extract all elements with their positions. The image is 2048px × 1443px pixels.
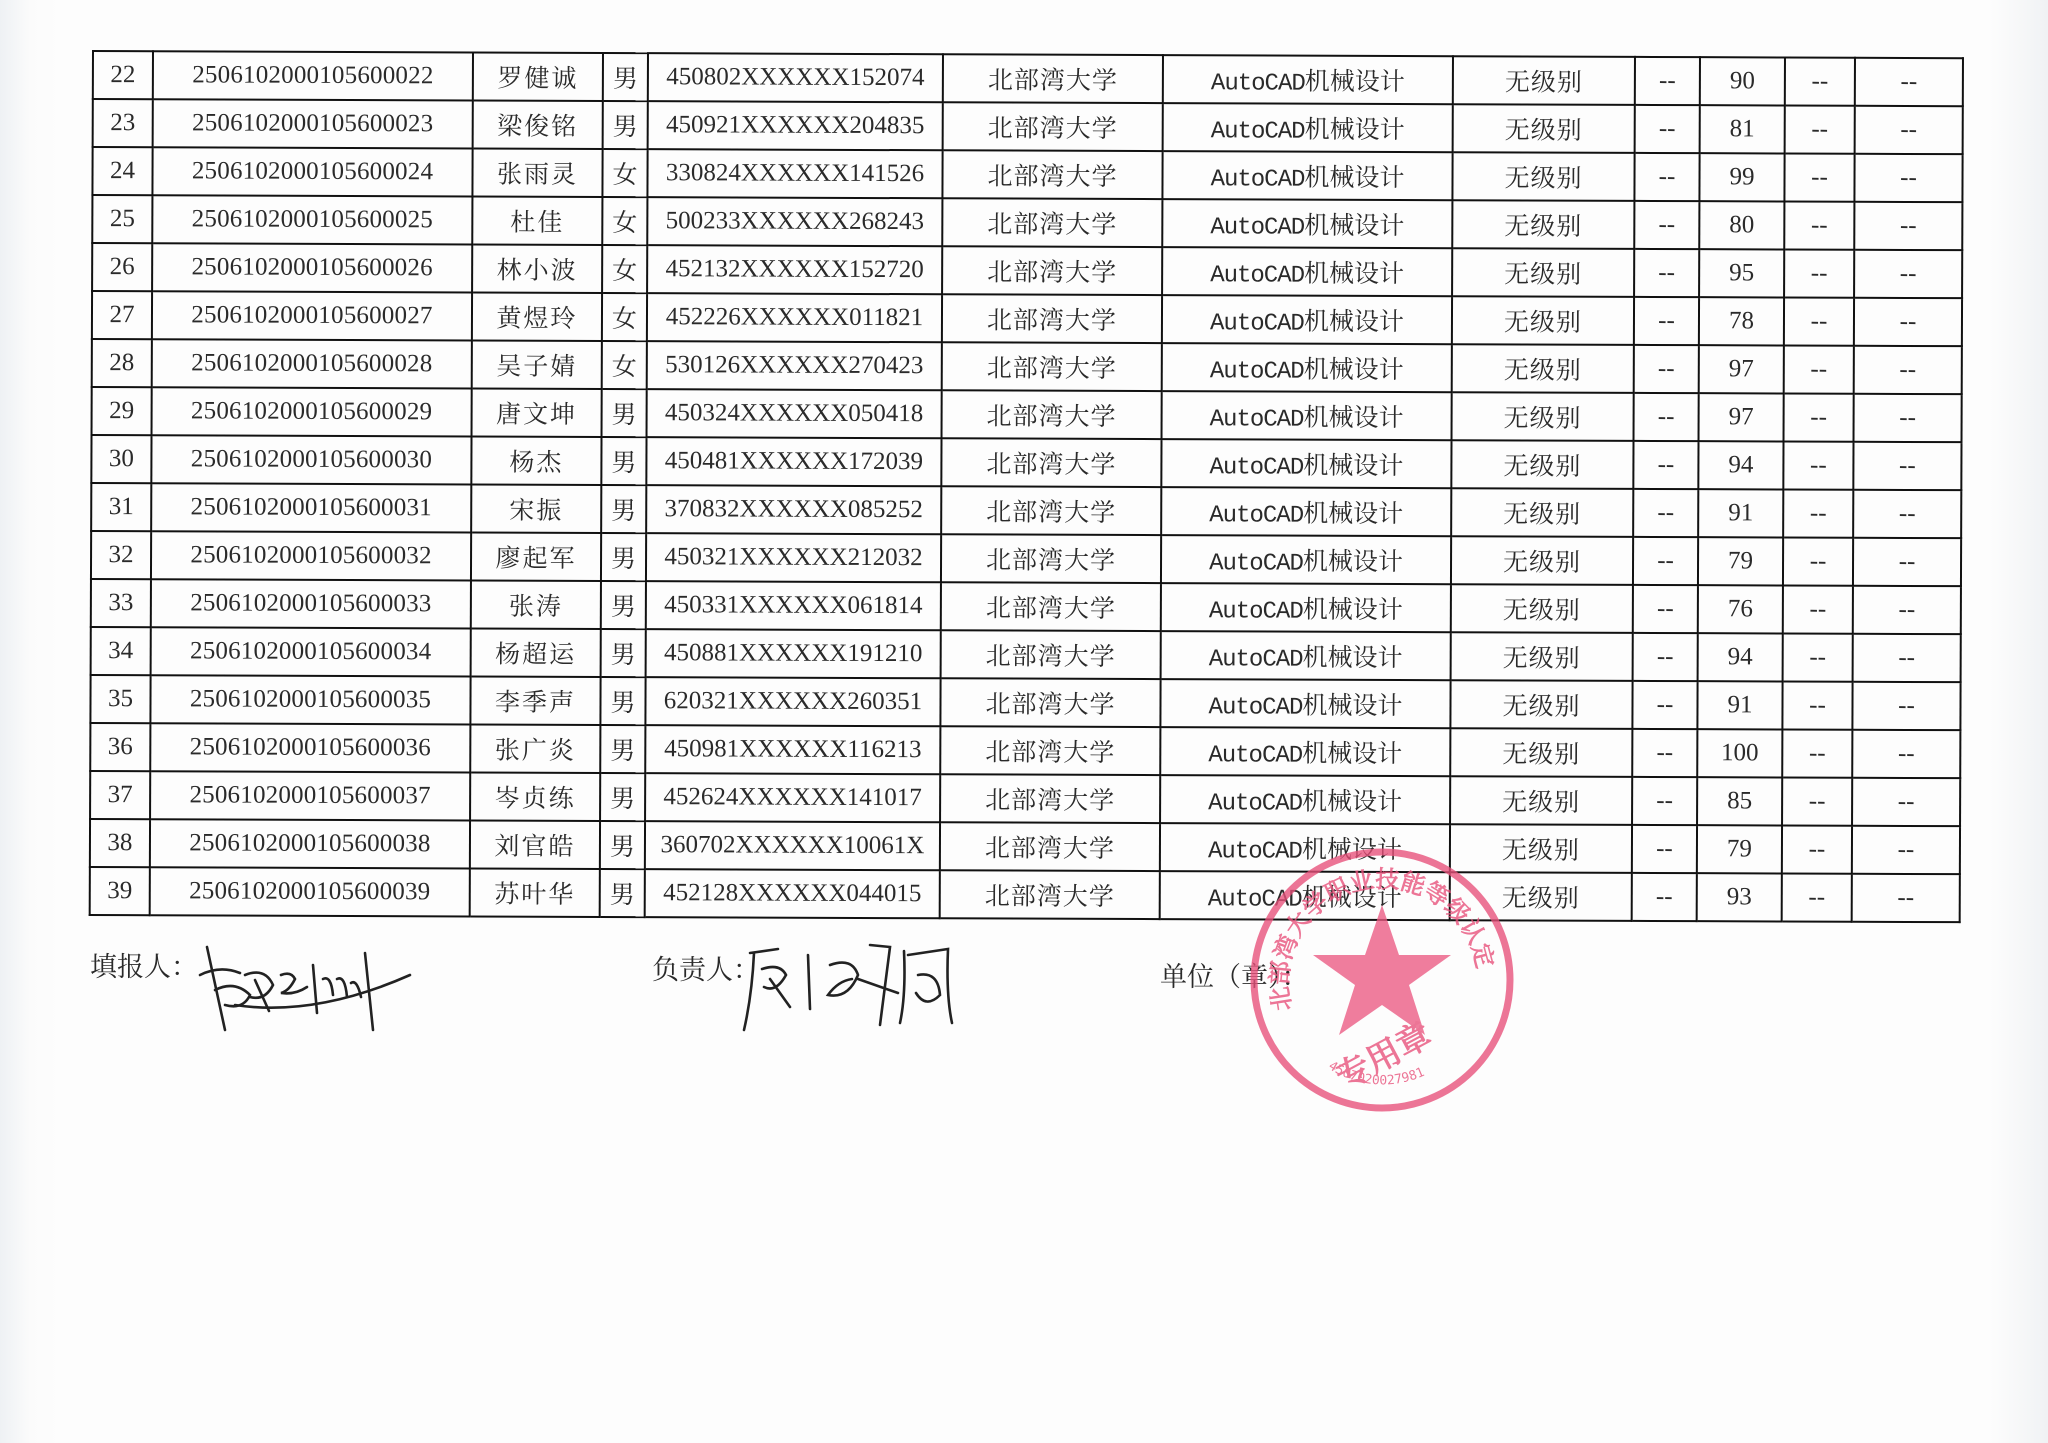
remark-cell: -- — [1852, 874, 1960, 922]
candidate-name-cell: 刘官皓 — [470, 820, 600, 868]
row-number-cell: 31 — [91, 483, 151, 531]
level-cell: 无级别 — [1451, 488, 1633, 537]
certificate-number-cell: 2506102000105600039 — [150, 867, 470, 916]
candidate-name-cell: 宋振 — [471, 484, 601, 532]
skill-score-cell: 91 — [1698, 489, 1783, 537]
official-seal-stamp: 北部湾大学职业技能等级认定 专用章 4507020027981 — [1245, 843, 1520, 1118]
course-cell: AutoCAD机械设计 — [1161, 631, 1451, 680]
certificate-number-cell: 2506102000105600038 — [150, 819, 470, 868]
skill-score-cell: 93 — [1697, 873, 1782, 921]
institution-cell: 北部湾大学 — [941, 582, 1161, 631]
theory-score-cell: -- — [1634, 201, 1699, 249]
course-latin: AutoCAD — [1211, 70, 1305, 97]
remark-cell: -- — [1853, 442, 1961, 490]
gender-cell: 男 — [601, 485, 646, 533]
table-row: 312506102000105600031宋振男370832XXXXXX0852… — [91, 483, 1961, 538]
course-chinese: 机械设计 — [1304, 355, 1404, 384]
institution-cell: 北部湾大学 — [941, 438, 1161, 487]
course-latin: AutoCAD — [1211, 118, 1305, 145]
course-latin: AutoCAD — [1211, 166, 1305, 193]
id-number-cell: 450321XXXXXX212032 — [646, 533, 941, 582]
score-table-body: 222506102000105600022罗健诚男450802XXXXXX152… — [90, 51, 1963, 922]
score-table: 222506102000105600022罗健诚男450802XXXXXX152… — [89, 50, 1964, 923]
skill-score-cell: 85 — [1697, 777, 1782, 825]
theory-score-cell: -- — [1633, 537, 1698, 585]
combined-score-cell: -- — [1783, 537, 1853, 585]
combined-score-cell: -- — [1784, 249, 1854, 297]
level-cell: 无级别 — [1450, 776, 1632, 825]
remark-cell: -- — [1854, 298, 1962, 346]
gender-cell: 女 — [602, 149, 647, 197]
combined-score-cell: -- — [1782, 777, 1852, 825]
course-chinese: 机械设计 — [1305, 115, 1405, 144]
course-chinese: 机械设计 — [1305, 67, 1405, 96]
institution-cell: 北部湾大学 — [943, 54, 1163, 103]
institution-cell: 北部湾大学 — [940, 870, 1160, 919]
course-cell: AutoCAD机械设计 — [1163, 103, 1453, 152]
skill-score-cell: 76 — [1698, 585, 1783, 633]
candidate-name-cell: 岑贞练 — [470, 772, 600, 820]
gender-cell: 男 — [603, 53, 648, 101]
row-number-cell: 22 — [93, 51, 153, 99]
remark-cell: -- — [1854, 154, 1962, 202]
course-latin: AutoCAD — [1209, 454, 1303, 481]
candidate-name-cell: 张涛 — [471, 580, 601, 628]
skill-score-cell: 90 — [1700, 57, 1785, 105]
row-number-cell: 38 — [90, 819, 150, 867]
filler-label: 填报人： — [90, 945, 198, 984]
combined-score-cell: -- — [1784, 201, 1854, 249]
course-chinese: 机械设计 — [1303, 595, 1403, 624]
institution-cell: 北部湾大学 — [940, 726, 1160, 775]
institution-cell: 北部湾大学 — [942, 198, 1162, 247]
certificate-number-cell: 2506102000105600030 — [151, 435, 471, 484]
row-number-cell: 30 — [91, 435, 151, 483]
skill-score-cell: 95 — [1699, 249, 1784, 297]
remark-cell: -- — [1853, 490, 1961, 538]
combined-score-cell: -- — [1783, 441, 1853, 489]
theory-score-cell: -- — [1635, 57, 1700, 105]
gender-cell: 女 — [602, 341, 647, 389]
candidate-name-cell: 杨超运 — [471, 628, 601, 676]
id-number-cell: 530126XXXXXX270423 — [647, 341, 942, 390]
course-cell: AutoCAD机械设计 — [1162, 151, 1452, 200]
course-chinese: 机械设计 — [1302, 739, 1402, 768]
course-chinese: 机械设计 — [1304, 211, 1404, 240]
id-number-cell: 450921XXXXXX204835 — [648, 101, 943, 150]
remark-cell: -- — [1853, 634, 1961, 682]
row-number-cell: 24 — [92, 147, 152, 195]
level-cell: 无级别 — [1451, 584, 1633, 633]
combined-score-cell: -- — [1784, 345, 1854, 393]
id-number-cell: 452132XXXXXX152720 — [647, 245, 942, 294]
remark-cell: -- — [1853, 538, 1961, 586]
theory-score-cell: -- — [1633, 441, 1698, 489]
skill-score-cell: 97 — [1699, 345, 1784, 393]
level-cell: 无级别 — [1452, 200, 1634, 249]
course-latin: AutoCAD — [1209, 646, 1303, 673]
course-latin: AutoCAD — [1208, 790, 1302, 817]
course-cell: AutoCAD机械设计 — [1162, 343, 1452, 392]
certificate-number-cell: 2506102000105600023 — [153, 99, 473, 148]
institution-cell: 北部湾大学 — [941, 486, 1161, 535]
course-latin: AutoCAD — [1208, 742, 1302, 769]
skill-score-cell: 81 — [1700, 105, 1785, 153]
table-row: 232506102000105600023梁俊铭男450921XXXXXX204… — [93, 99, 1963, 154]
level-cell: 无级别 — [1452, 152, 1634, 201]
row-number-cell: 23 — [93, 99, 153, 147]
course-cell: AutoCAD机械设计 — [1162, 199, 1452, 248]
gender-cell: 女 — [602, 197, 647, 245]
theory-score-cell: -- — [1632, 777, 1697, 825]
row-number-cell: 39 — [90, 867, 150, 915]
certificate-number-cell: 2506102000105600033 — [151, 579, 471, 628]
certificate-number-cell: 2506102000105600032 — [151, 531, 471, 580]
institution-cell: 北部湾大学 — [942, 150, 1162, 199]
table-row: 362506102000105600036张广炎男450981XXXXXX116… — [90, 723, 1960, 778]
row-number-cell: 28 — [92, 339, 152, 387]
id-number-cell: 450802XXXXXX152074 — [648, 53, 943, 102]
theory-score-cell: -- — [1634, 297, 1699, 345]
skill-score-cell: 100 — [1697, 729, 1782, 777]
table-row: 272506102000105600027黄煜玲女452226XXXXXX011… — [92, 291, 1962, 346]
skill-score-cell: 79 — [1697, 825, 1782, 873]
course-chinese: 机械设计 — [1303, 643, 1403, 672]
certificate-number-cell: 2506102000105600025 — [152, 195, 472, 244]
candidate-name-cell: 苏叶华 — [470, 868, 600, 916]
course-cell: AutoCAD机械设计 — [1163, 55, 1453, 104]
combined-score-cell: -- — [1785, 58, 1855, 106]
row-number-cell: 37 — [90, 771, 150, 819]
course-chinese: 机械设计 — [1303, 403, 1403, 432]
id-number-cell: 450481XXXXXX172039 — [646, 437, 941, 486]
table-row: 342506102000105600034杨超运男450881XXXXXX191… — [91, 627, 1961, 682]
course-latin: AutoCAD — [1210, 214, 1304, 241]
combined-score-cell: -- — [1782, 825, 1852, 873]
course-chinese: 机械设计 — [1302, 691, 1402, 720]
course-cell: AutoCAD机械设计 — [1160, 727, 1450, 776]
skill-score-cell: 97 — [1699, 393, 1784, 441]
id-number-cell: 450324XXXXXX050418 — [647, 389, 942, 438]
theory-score-cell: -- — [1634, 345, 1699, 393]
id-number-cell: 450881XXXXXX191210 — [646, 629, 941, 678]
course-latin: AutoCAD — [1210, 358, 1304, 385]
row-number-cell: 34 — [91, 627, 151, 675]
course-latin: AutoCAD — [1209, 598, 1303, 625]
course-latin: AutoCAD — [1210, 262, 1304, 289]
course-chinese: 机械设计 — [1303, 499, 1403, 528]
theory-score-cell: -- — [1634, 153, 1699, 201]
certificate-number-cell: 2506102000105600034 — [151, 627, 471, 676]
certificate-number-cell: 2506102000105600036 — [150, 723, 470, 772]
course-latin: AutoCAD — [1210, 310, 1304, 337]
institution-cell: 北部湾大学 — [940, 822, 1160, 871]
course-chinese: 机械设计 — [1304, 163, 1404, 192]
certificate-number-cell: 2506102000105600027 — [152, 291, 472, 340]
table-row: 292506102000105600029唐文坤男450324XXXXXX050… — [92, 387, 1962, 442]
id-number-cell: 370832XXXXXX085252 — [646, 485, 941, 534]
remark-cell: -- — [1854, 202, 1962, 250]
theory-score-cell: -- — [1633, 585, 1698, 633]
skill-score-cell: 94 — [1698, 633, 1783, 681]
course-cell: AutoCAD机械设计 — [1160, 775, 1450, 824]
table-row: 282506102000105600028吴子婧女530126XXXXXX270… — [92, 339, 1962, 394]
course-latin: AutoCAD — [1209, 694, 1303, 721]
gender-cell: 女 — [602, 245, 647, 293]
remark-cell: -- — [1852, 826, 1960, 874]
course-cell: AutoCAD机械设计 — [1160, 679, 1450, 728]
certificate-number-cell: 2506102000105600035 — [150, 675, 470, 724]
skill-score-cell: 79 — [1698, 537, 1783, 585]
gender-cell: 男 — [600, 725, 645, 773]
certificate-number-cell: 2506102000105600022 — [153, 51, 473, 100]
table-row: 252506102000105600025杜佳女500233XXXXXX2682… — [92, 195, 1962, 250]
certificate-number-cell: 2506102000105600037 — [150, 771, 470, 820]
level-cell: 无级别 — [1453, 56, 1635, 105]
id-number-cell: 500233XXXXXX268243 — [647, 197, 942, 246]
combined-score-cell: -- — [1785, 106, 1855, 154]
certificate-number-cell: 2506102000105600029 — [152, 387, 472, 436]
row-number-cell: 33 — [91, 579, 151, 627]
combined-score-cell: -- — [1784, 393, 1854, 441]
gender-cell: 男 — [602, 389, 647, 437]
theory-score-cell: -- — [1635, 105, 1700, 153]
course-cell: AutoCAD机械设计 — [1161, 583, 1451, 632]
candidate-name-cell: 李季声 — [470, 676, 600, 724]
course-chinese: 机械设计 — [1304, 307, 1404, 336]
theory-score-cell: -- — [1632, 873, 1697, 921]
level-cell: 无级别 — [1452, 344, 1634, 393]
combined-score-cell: -- — [1784, 297, 1854, 345]
course-cell: AutoCAD机械设计 — [1162, 247, 1452, 296]
row-number-cell: 35 — [90, 675, 150, 723]
gender-cell: 男 — [600, 773, 645, 821]
course-chinese: 机械设计 — [1302, 787, 1402, 816]
table-row: 222506102000105600022罗健诚男450802XXXXXX152… — [93, 51, 1963, 106]
course-latin: AutoCAD — [1209, 502, 1303, 529]
id-number-cell: 620321XXXXXX260351 — [645, 677, 940, 726]
combined-score-cell: -- — [1783, 633, 1853, 681]
skill-score-cell: 94 — [1698, 441, 1783, 489]
certificate-number-cell: 2506102000105600031 — [151, 483, 471, 532]
theory-score-cell: -- — [1633, 489, 1698, 537]
row-number-cell: 29 — [92, 387, 152, 435]
remark-cell: -- — [1852, 778, 1960, 826]
skill-score-cell: 80 — [1699, 201, 1784, 249]
level-cell: 无级别 — [1451, 536, 1633, 585]
candidate-name-cell: 张雨灵 — [472, 148, 602, 196]
course-latin: AutoCAD — [1210, 406, 1304, 433]
table-row: 392506102000105600039苏叶华男452128XXXXXX044… — [90, 867, 1960, 922]
level-cell: 无级别 — [1452, 296, 1634, 345]
certificate-number-cell: 2506102000105600024 — [152, 147, 472, 196]
candidate-name-cell: 廖起军 — [471, 532, 601, 580]
row-number-cell: 25 — [92, 195, 152, 243]
course-chinese: 机械设计 — [1303, 451, 1403, 480]
institution-cell: 北部湾大学 — [940, 678, 1160, 727]
row-number-cell: 32 — [91, 531, 151, 579]
gender-cell: 男 — [600, 821, 645, 869]
skill-score-cell: 78 — [1699, 297, 1784, 345]
gender-cell: 男 — [600, 869, 645, 917]
responsible-signature — [740, 935, 960, 1040]
remark-cell: -- — [1855, 106, 1963, 154]
skill-score-cell: 99 — [1699, 153, 1784, 201]
table-row: 242506102000105600024张雨灵女330824XXXXXX141… — [92, 147, 1962, 202]
gender-cell: 男 — [600, 677, 645, 725]
institution-cell: 北部湾大学 — [942, 246, 1162, 295]
gender-cell: 男 — [601, 581, 646, 629]
id-number-cell: 330824XXXXXX141526 — [647, 149, 942, 198]
combined-score-cell: -- — [1784, 153, 1854, 201]
table-row: 352506102000105600035李季声男620321XXXXXX260… — [90, 675, 1960, 730]
remark-cell: -- — [1854, 346, 1962, 394]
row-number-cell: 27 — [92, 291, 152, 339]
institution-cell: 北部湾大学 — [942, 390, 1162, 439]
gender-cell: 女 — [602, 293, 647, 341]
table-row: 332506102000105600033张涛男450331XXXXXX0618… — [91, 579, 1961, 634]
course-cell: AutoCAD机械设计 — [1162, 391, 1452, 440]
skill-score-cell: 91 — [1697, 681, 1782, 729]
course-latin: AutoCAD — [1209, 550, 1303, 577]
table-row: 322506102000105600032廖起军男450321XXXXXX212… — [91, 531, 1961, 586]
id-number-cell: 452226XXXXXX011821 — [647, 293, 942, 342]
remark-cell: -- — [1852, 730, 1960, 778]
remark-cell: -- — [1852, 682, 1960, 730]
remark-cell: -- — [1854, 394, 1962, 442]
course-cell: AutoCAD机械设计 — [1161, 535, 1451, 584]
level-cell: 无级别 — [1451, 632, 1633, 681]
combined-score-cell: -- — [1782, 873, 1852, 921]
star-icon — [1313, 905, 1451, 1035]
course-chinese: 机械设计 — [1304, 259, 1404, 288]
remark-cell: -- — [1855, 58, 1963, 106]
candidate-name-cell: 杨杰 — [471, 436, 601, 484]
theory-score-cell: -- — [1634, 249, 1699, 297]
institution-cell: 北部湾大学 — [942, 342, 1162, 391]
combined-score-cell: -- — [1782, 681, 1852, 729]
candidate-name-cell: 张广炎 — [470, 724, 600, 772]
table-row: 262506102000105600026林小波女452132XXXXXX152… — [92, 243, 1962, 298]
course-cell: AutoCAD机械设计 — [1162, 295, 1452, 344]
combined-score-cell: -- — [1783, 585, 1853, 633]
remark-cell: -- — [1853, 586, 1961, 634]
table-row: 382506102000105600038刘官皓男360702XXXXXX100… — [90, 819, 1960, 874]
score-table-wrapper: 222506102000105600022罗健诚男450802XXXXXX152… — [89, 50, 1964, 923]
id-number-cell: 360702XXXXXX10061X — [645, 821, 940, 870]
theory-score-cell: -- — [1634, 393, 1699, 441]
level-cell: 无级别 — [1450, 728, 1632, 777]
gender-cell: 男 — [603, 101, 648, 149]
gender-cell: 男 — [601, 533, 646, 581]
gender-cell: 男 — [601, 437, 646, 485]
candidate-name-cell: 梁俊铭 — [473, 100, 603, 148]
candidate-name-cell: 吴子婧 — [472, 340, 602, 388]
filler-signature — [195, 935, 415, 1045]
theory-score-cell: -- — [1632, 825, 1697, 873]
institution-cell: 北部湾大学 — [941, 630, 1161, 679]
institution-cell: 北部湾大学 — [942, 294, 1162, 343]
scanned-page: 222506102000105600022罗健诚男450802XXXXXX152… — [0, 0, 2048, 1443]
theory-score-cell: -- — [1632, 729, 1697, 777]
course-cell: AutoCAD机械设计 — [1161, 439, 1451, 488]
table-row: 372506102000105600037岑贞练男452624XXXXXX141… — [90, 771, 1960, 826]
certificate-number-cell: 2506102000105600028 — [152, 339, 472, 388]
id-number-cell: 450331XXXXXX061814 — [646, 581, 941, 630]
row-number-cell: 26 — [92, 243, 152, 291]
theory-score-cell: -- — [1633, 633, 1698, 681]
level-cell: 无级别 — [1451, 440, 1633, 489]
combined-score-cell: -- — [1782, 729, 1852, 777]
level-cell: 无级别 — [1452, 392, 1634, 441]
level-cell: 无级别 — [1452, 248, 1634, 297]
gender-cell: 男 — [601, 629, 646, 677]
theory-score-cell: -- — [1632, 681, 1697, 729]
candidate-name-cell: 杜佳 — [472, 196, 602, 244]
institution-cell: 北部湾大学 — [941, 534, 1161, 583]
combined-score-cell: -- — [1783, 489, 1853, 537]
institution-cell: 北部湾大学 — [940, 774, 1160, 823]
level-cell: 无级别 — [1453, 104, 1635, 153]
id-number-cell: 450981XXXXXX116213 — [645, 725, 940, 774]
row-number-cell: 36 — [90, 723, 150, 771]
id-number-cell: 452128XXXXXX044015 — [645, 869, 940, 918]
candidate-name-cell: 唐文坤 — [472, 388, 602, 436]
course-chinese: 机械设计 — [1303, 547, 1403, 576]
table-row: 302506102000105600030杨杰男450481XXXXXX1720… — [91, 435, 1961, 490]
candidate-name-cell: 黄煜玲 — [472, 292, 602, 340]
remark-cell: -- — [1854, 250, 1962, 298]
institution-cell: 北部湾大学 — [943, 102, 1163, 151]
certificate-number-cell: 2506102000105600026 — [152, 243, 472, 292]
course-cell: AutoCAD机械设计 — [1161, 487, 1451, 536]
level-cell: 无级别 — [1450, 680, 1632, 729]
candidate-name-cell: 罗健诚 — [473, 52, 603, 100]
id-number-cell: 452624XXXXXX141017 — [645, 773, 940, 822]
candidate-name-cell: 林小波 — [472, 244, 602, 292]
